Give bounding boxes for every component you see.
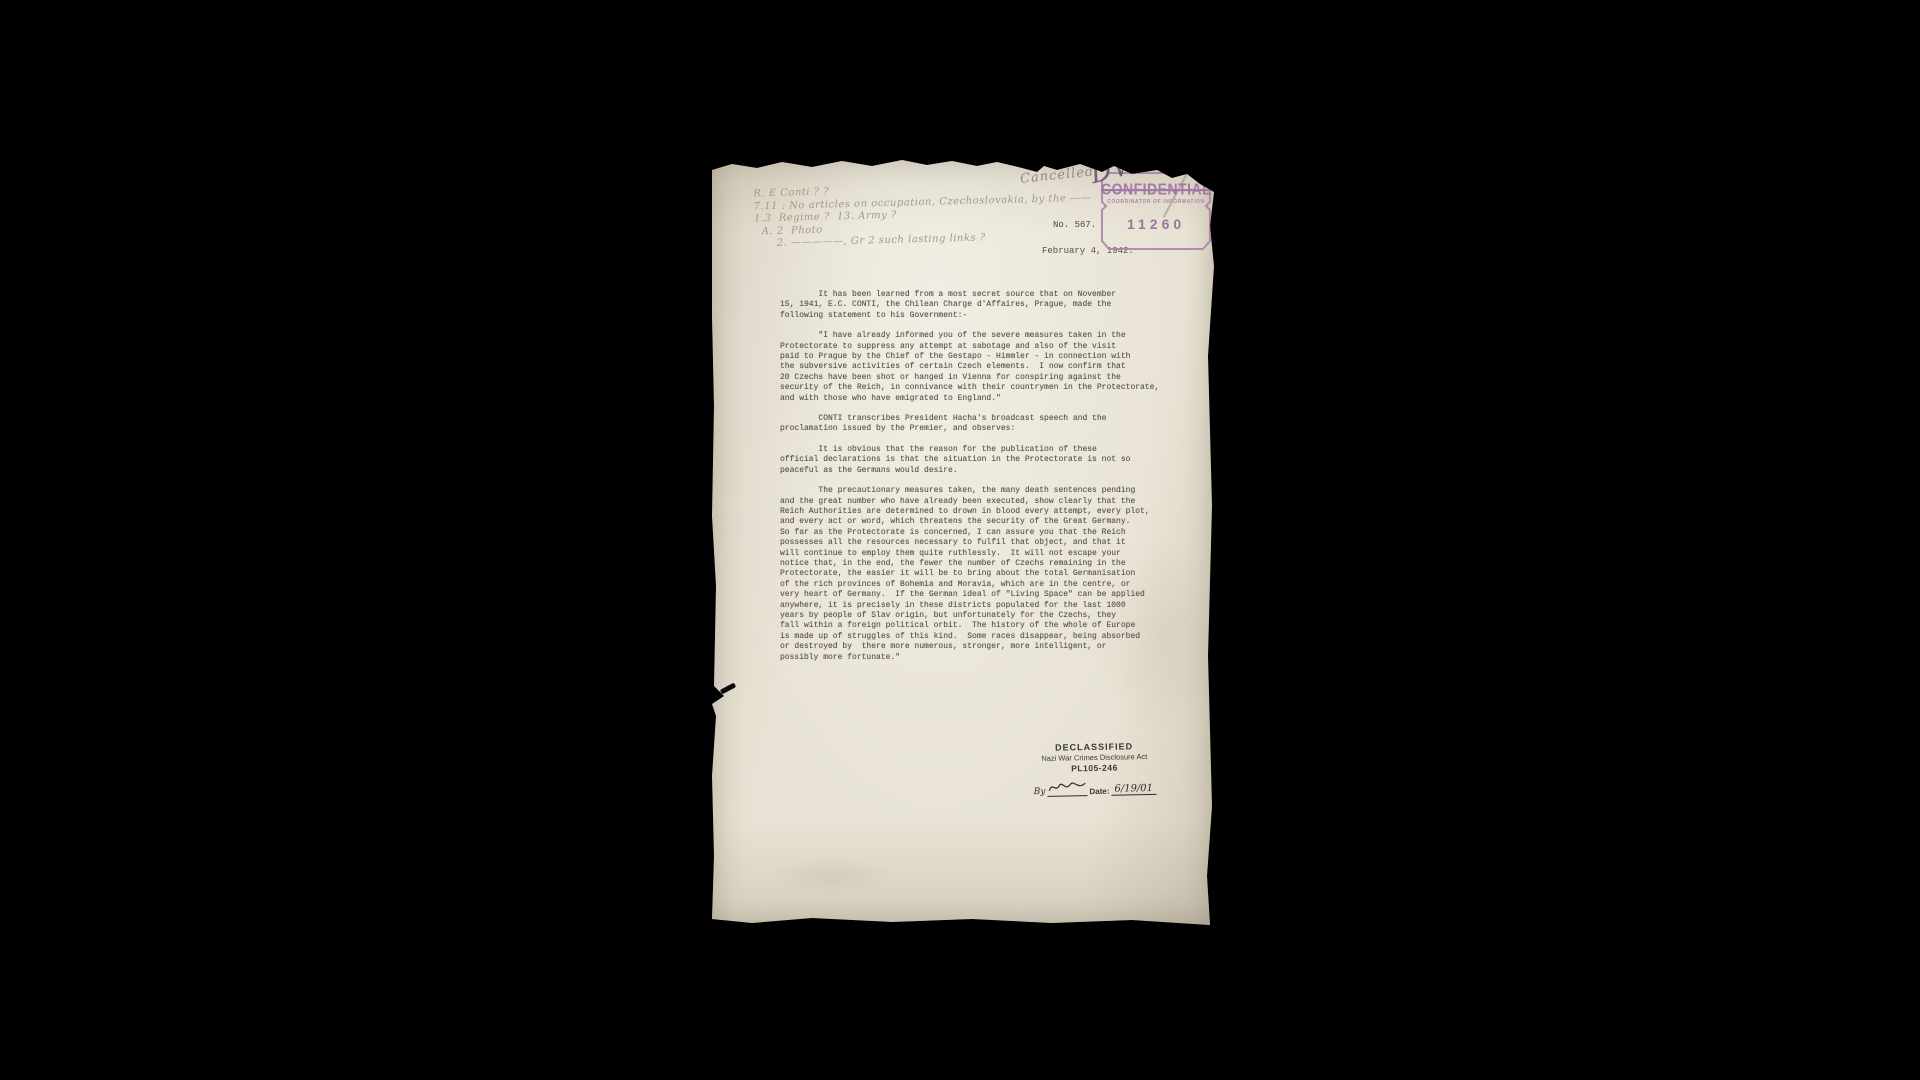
handwritten-note: R. E Conti ? ?7.11 : No articles on occu… xyxy=(753,180,1092,251)
typed-line: and every act or word, which threatens t… xyxy=(780,517,1178,527)
signature-scribble xyxy=(1047,779,1087,797)
typed-line: The precautionary measures taken, the ma… xyxy=(780,486,1178,496)
paragraph: It is obvious that the reason for the pu… xyxy=(780,445,1178,476)
typed-line: So far as the Protectorate is concerned,… xyxy=(780,528,1178,538)
typed-line: proclamation issued by the Premier, and … xyxy=(780,424,1178,434)
typed-line: of the rich provinces of Bohemia and Mor… xyxy=(780,580,1178,590)
signature-row: By Date: 6/19/01 xyxy=(1007,777,1182,797)
typed-line: 15, 1941, E.C. CONTI, the Chilean Charge… xyxy=(780,300,1178,310)
typed-line: years by people of Slav origin, but unfo… xyxy=(780,611,1178,621)
typed-line: "I have already informed you of the seve… xyxy=(780,331,1178,341)
signature-icon xyxy=(1047,779,1087,794)
typed-line: and the great number who have already be… xyxy=(780,497,1178,507)
typed-line: 20 Czechs have been shot or hanged in Vi… xyxy=(780,373,1178,383)
typed-line: official declarations is that the situat… xyxy=(780,455,1178,465)
typed-line: It is obvious that the reason for the pu… xyxy=(780,445,1178,455)
typed-line: It has been learned from a most secret s… xyxy=(780,290,1178,300)
typed-line: will continue to employ them quite ruthl… xyxy=(780,549,1178,559)
typed-line: security of the Reich, in connivance wit… xyxy=(780,383,1178,393)
typed-line: fall within a foreign political orbit. T… xyxy=(780,621,1178,631)
typed-line: Reich Authorities are determined to drow… xyxy=(780,507,1178,517)
paragraph: "I have already informed you of the seve… xyxy=(780,331,1178,404)
by-label: By xyxy=(1034,787,1046,797)
scan-background: R. E Conti ? ?7.11 : No articles on occu… xyxy=(0,0,1920,1080)
typed-line: possibly more fortunate." xyxy=(780,653,1178,663)
typed-line: anywhere, it is precisely in these distr… xyxy=(780,601,1178,611)
declassified-stamp: DECLASSIFIED Nazi War Crimes Disclosure … xyxy=(1007,740,1183,797)
typed-line: following statement to his Government:- xyxy=(780,311,1178,321)
typed-line: Protectorate to suppress any attempt at … xyxy=(780,342,1178,352)
document-page: R. E Conti ? ?7.11 : No articles on occu… xyxy=(712,156,1214,925)
typed-line: very heart of Germany. If the German ide… xyxy=(780,590,1178,600)
typed-line: CONTI transcribes President Hacha's broa… xyxy=(780,414,1178,424)
stamped-registry-number: 11260 xyxy=(1127,216,1185,232)
paragraph: CONTI transcribes President Hacha's broa… xyxy=(780,414,1178,435)
typed-line: and with those who have emigrated to Eng… xyxy=(780,394,1178,404)
handwritten-date: 6/19/01 xyxy=(1111,783,1156,796)
edge-tear-mark xyxy=(720,683,736,695)
declassified-law-number: PL105-246 xyxy=(1007,761,1182,774)
paragraph: The precautionary measures taken, the ma… xyxy=(780,486,1178,663)
typed-line: peaceful as the Germans would desire. xyxy=(780,466,1178,476)
typed-line: Protectorate, the easier it will be to b… xyxy=(780,569,1178,579)
stamp-subtitle: COORDINATOR OF INFORMATION xyxy=(1101,199,1211,205)
typed-line: is made up of struggles of this kind. So… xyxy=(780,632,1178,642)
date-label: Date: xyxy=(1089,787,1109,796)
paragraph: It has been learned from a most secret s… xyxy=(780,290,1178,321)
typed-line: notice that, in the end, the fewer the n… xyxy=(780,559,1178,569)
typed-line: the subversive activities of certain Cze… xyxy=(780,362,1178,372)
typed-line: or destroyed by there more numerous, str… xyxy=(780,642,1178,652)
document-body: It has been learned from a most secret s… xyxy=(780,290,1178,673)
typed-line: paid to Prague by the Chief of the Gesta… xyxy=(780,352,1178,362)
paper-stain xyxy=(772,856,892,896)
document-number: No. 567. xyxy=(1053,220,1096,230)
typed-line: possesses all the resources necessary to… xyxy=(780,538,1178,548)
